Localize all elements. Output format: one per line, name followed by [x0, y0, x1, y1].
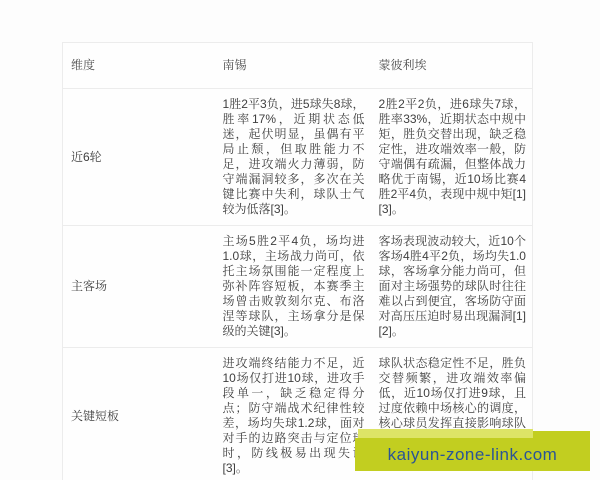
watermark-step [533, 431, 590, 438]
comparison-table: 维度 南锡 蒙彼利埃 近6轮 1胜2平3负，进5球失8球，胜率17%，近期状态低… [62, 42, 533, 480]
col-header-montpellier: 蒙彼利埃 [371, 43, 533, 89]
row-label-recent6: 近6轮 [63, 89, 215, 226]
recent6-montpellier-cell: 2胜2平2负，进6球失7球，胜率33%，近期状态中规中矩，胜负交替出现，缺乏稳定… [371, 89, 533, 226]
recent6-nancy-cell: 1胜2平3负，进5球失8球，胜率17%，近期状态低迷，起伏明显，虽偶有平局止颓，… [215, 89, 371, 226]
table-row-recent6: 近6轮 1胜2平3负，进5球失8球，胜率17%，近期状态低迷，起伏明显，虽偶有平… [63, 89, 533, 226]
col-header-dimension: 维度 [63, 43, 215, 89]
key-weakness-nancy-cell: 进攻端终结能力不足，近10场仅打进10球，进攻手段单一，缺乏稳定得分点；防守端战… [215, 348, 371, 480]
home-away-montpellier-cell: 客场表现波动较大，近10个客场4胜4平2负，场均失1.0球，客场拿分能力尚可，但… [371, 226, 533, 348]
watermark-band: kaiyun-zone-link.com [355, 438, 590, 471]
table-row-home-away: 主客场 主场5胜2平4负，场均进1.0球，主场战力尚可，依托主场氛围能一定程度上… [63, 226, 533, 348]
watermark-strip [358, 429, 533, 438]
row-label-key-weakness: 关键短板 [63, 348, 215, 480]
home-away-nancy-cell: 主场5胜2平4负，场均进1.0球，主场战力尚可，依托主场氛围能一定程度上弥补阵容… [215, 226, 371, 348]
table-header-row: 维度 南锡 蒙彼利埃 [63, 43, 533, 89]
page: 维度 南锡 蒙彼利埃 近6轮 1胜2平3负，进5球失8球，胜率17%，近期状态低… [0, 0, 600, 480]
col-header-nancy: 南锡 [215, 43, 371, 89]
watermark-text: kaiyun-zone-link.com [388, 445, 558, 465]
row-label-home-away: 主客场 [63, 226, 215, 348]
